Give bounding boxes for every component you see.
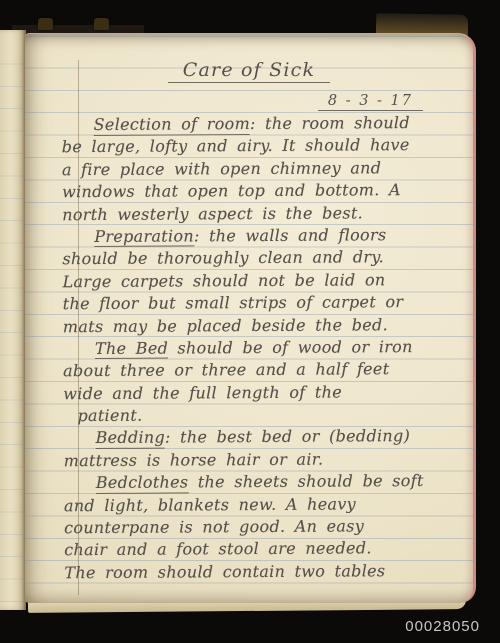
handwriting-line: mattress is horse hair or air. <box>64 448 458 473</box>
handwriting-text: The room should contain two tables <box>64 561 385 582</box>
handwriting-line: windows that open top and bottom. A <box>62 179 456 204</box>
handwriting-text: : the walls and floors <box>194 225 387 245</box>
handwriting-line: north westerly aspect is the best. <box>62 201 456 226</box>
handwriting-text: mattress is horse hair or air. <box>64 449 324 470</box>
handwriting-text: the sheets should be soft <box>188 471 423 491</box>
handwriting-text: : the best bed or (bedding) <box>165 427 410 447</box>
handwriting-text: : the room should <box>250 113 410 133</box>
underlined-heading: Bedclothes <box>96 473 189 494</box>
underlined-heading: Bedding <box>95 428 165 449</box>
entry-date: 8 - 3 - 17 <box>318 93 423 111</box>
binding-clip <box>94 18 109 30</box>
handwriting-line: about three or three and a half feet <box>63 358 457 383</box>
handwriting-line: The room should contain two tables <box>64 560 458 585</box>
underlined-heading: Preparation <box>94 226 194 247</box>
handwriting-text: chair and a foot stool are needed. <box>64 539 372 560</box>
binding-clip <box>38 18 53 30</box>
handwriting-text: about three or three and a half feet <box>63 360 389 381</box>
handwriting-text: patient. <box>77 406 142 425</box>
handwriting-text: counterpane is not good. An easy <box>64 516 364 537</box>
handwriting-block: Selection of room: the room shouldbe lar… <box>62 112 459 585</box>
page-stack-gutter <box>0 30 26 610</box>
ruled-lines <box>0 30 26 610</box>
handwriting-line: Selection of room: the room should <box>62 112 456 137</box>
handwriting-line: counterpane is not good. An easy <box>64 515 458 540</box>
photo-background: Care of Sick 8 - 3 - 17 Selection of roo… <box>0 0 500 643</box>
handwriting-text: should be thoroughly clean and dry. <box>62 248 384 269</box>
handwriting-text: and light, blankets new. A heavy <box>64 494 356 515</box>
handwriting-line: and light, blankets new. A heavy <box>64 492 458 517</box>
handwriting-line: chair and a foot stool are needed. <box>64 537 458 562</box>
handwriting-text: a fire place with open chimney and <box>62 158 382 179</box>
handwriting-line: The Bed should be of wood or iron <box>63 336 457 361</box>
handwriting-text: Large carpets should not be laid on <box>63 270 386 291</box>
notebook-page: Care of Sick 8 - 3 - 17 Selection of roo… <box>25 33 476 603</box>
page-title: Care of Sick <box>168 59 330 83</box>
underlined-heading: Selection of room <box>94 114 250 135</box>
handwriting-line: be large, lofty and airy. It should have <box>62 134 456 159</box>
handwriting-line: should be thoroughly clean and dry. <box>62 246 456 271</box>
handwriting-line: wide and the full length of the <box>63 380 457 405</box>
handwriting-line: the floor but small strips of carpet or <box>63 291 457 316</box>
handwriting-line: Large carpets should not be laid on <box>63 269 457 294</box>
handwriting-text: windows that open top and bottom. A <box>62 180 401 201</box>
handwriting-text: be large, lofty and airy. It should have <box>62 135 410 156</box>
handwriting-text: should be of wood or iron <box>168 337 413 357</box>
handwriting-text: north westerly aspect is the best. <box>62 203 363 224</box>
handwriting-line: patient. <box>63 403 457 428</box>
handwriting-line: Preparation: the walls and floors <box>62 224 456 249</box>
handwriting-line: Bedding: the best bed or (bedding) <box>63 425 457 450</box>
handwriting-text: wide and the full length of the <box>63 382 342 403</box>
catalog-number: 00028050 <box>405 618 480 635</box>
handwriting-line: a fire place with open chimney and <box>62 157 456 182</box>
handwriting-text: mats may be placed beside the bed. <box>63 315 388 336</box>
underlined-heading: The Bed <box>95 338 168 359</box>
handwriting-line: Bedclothes the sheets should be soft <box>64 470 458 495</box>
handwriting-line: mats may be placed beside the bed. <box>63 313 457 338</box>
handwriting-text: the floor but small strips of carpet or <box>63 292 404 313</box>
